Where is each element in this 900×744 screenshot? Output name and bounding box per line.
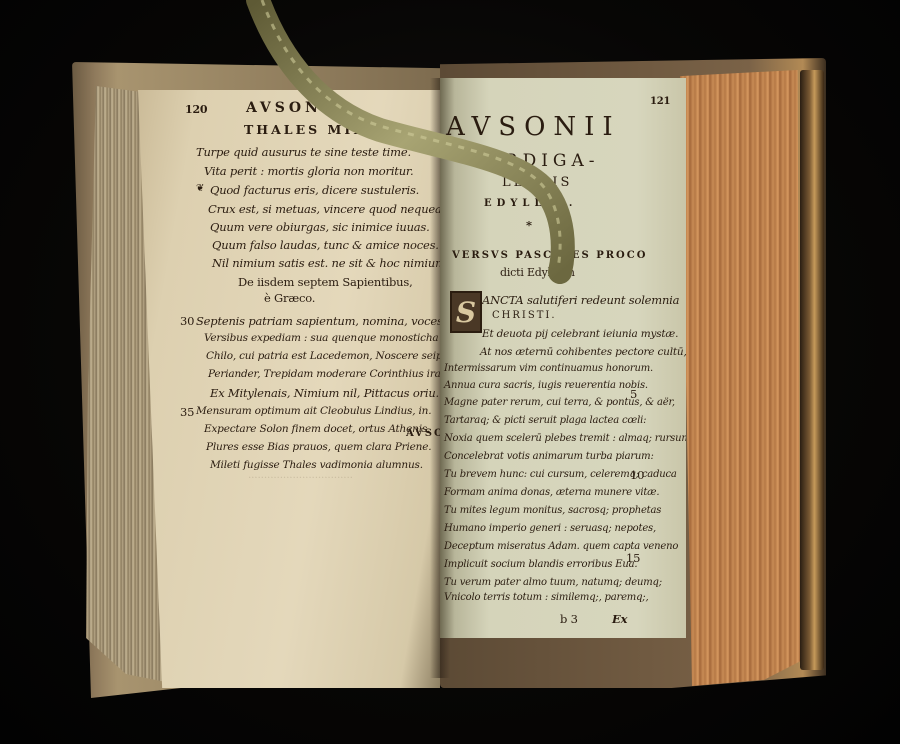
poem-subheading: dicti Edyllium xyxy=(500,266,575,279)
verse-line: Formam anima donas, æterna munere vitæ. xyxy=(444,487,659,498)
catchword-right: Ex xyxy=(612,612,627,626)
verse-number: 30 xyxy=(180,314,194,328)
section-title-left: THALES MILE xyxy=(244,122,378,137)
signature-mark: b 3 xyxy=(560,612,578,626)
verse-number: 35 xyxy=(180,405,194,419)
verse-line: Crux est, si metuas, vincere quod nequea… xyxy=(208,202,451,216)
verse-line: Mensuram optimum ait Cleobulus Lindius, … xyxy=(196,405,431,417)
right-page-block-edge xyxy=(680,70,800,686)
first-line-caps: CHRISTI. xyxy=(492,310,557,321)
ornament-asterisk: * xyxy=(526,218,532,232)
verse-line: Noxia quem scelerū plebes tremit : almaq… xyxy=(444,433,691,444)
verse-line: Intermissarum vim continuamus honorum. xyxy=(444,363,653,374)
verse-line: Vita perit : mortis gloria non moritur. xyxy=(204,164,413,178)
verse-line: Nil nimium satis est. ne sit & hoc nimiu… xyxy=(212,256,449,270)
verse-line: Periander, Trepidam moderare Corinthius … xyxy=(208,368,454,380)
verse-line: Tu verum pater almo tuum, natumq; deumq; xyxy=(444,577,662,588)
title-line-1: AVSONII xyxy=(446,112,621,142)
verse-line: Septenis patriam sapientum, nomina, voce… xyxy=(196,314,446,328)
verse-line: Expectare Solon finem docet, ortus Athen… xyxy=(204,423,430,435)
first-line: ANCTA salutiferi redeunt solemnia xyxy=(482,293,679,307)
verse-line: Vnicolo terris totum : similemq;, paremq… xyxy=(444,592,648,603)
verse-line: At nos æternū cohibentes pectore cultū, xyxy=(480,346,687,358)
title-line-3: LENSIS xyxy=(502,175,572,190)
decorated-drop-cap: S xyxy=(450,291,482,333)
verse-line: Annua cura sacris, iugis reuerentia nobi… xyxy=(444,380,648,391)
line-number: 5 xyxy=(630,387,637,401)
verse-line: Ex Mitylenais, Nimium nil, Pittacus oriu… xyxy=(210,386,439,400)
verse-line: Tu mites legum monitus, sacrosq; prophet… xyxy=(444,505,661,516)
page-number-right: 121 xyxy=(650,96,670,107)
verse-line: Concelebrat votis animarum turba piarum: xyxy=(444,451,654,462)
verse-line: Plures esse Bias prauos, quem clara Prie… xyxy=(206,441,431,453)
verse-line: Deceptum miseratus Adam. quem capta vene… xyxy=(444,541,678,552)
verse-line: Implicuit socium blandis erroribus Eua. xyxy=(444,559,637,570)
verse-line: Chilo, cui patria est Lacedemon, Noscere… xyxy=(206,350,467,362)
verse-line: Turpe quid ausurus te sine teste time. xyxy=(196,145,411,159)
verse-line: Tartaraq; & picti seruit plaga lactea cœ… xyxy=(444,415,646,426)
page-number-left: 120 xyxy=(185,103,207,116)
verse-line: Quum vere obiurgas, sic inimice iuuas. xyxy=(210,220,430,234)
show-through-text: ................................. xyxy=(248,470,353,481)
leaf-ornament-icon: ❦ xyxy=(196,183,204,194)
poem-heading: VERSVS PASCALES PROCO xyxy=(452,250,647,261)
subheading: è Græco. xyxy=(264,291,315,305)
title-line-4: EDYLLIA. xyxy=(484,198,577,209)
verse-line: Et deuota pij celebrant ieiunia mystæ. xyxy=(482,328,678,340)
running-head-left: AVSONII xyxy=(246,100,343,116)
right-binding-board xyxy=(800,70,824,670)
subheading: De iisdem septem Sapientibus, xyxy=(238,275,413,289)
verse-line: Quod facturus eris, dicere sustuleris. xyxy=(210,183,419,197)
verse-line: Humano imperio generi : seruasq; nepotes… xyxy=(444,523,656,534)
line-number: 15 xyxy=(626,551,640,565)
left-page: 120 AVSONII THALES MILE Turpe quid ausur… xyxy=(138,90,440,688)
line-number: 10 xyxy=(630,468,644,482)
verse-line: Magne pater rerum, cui terra, & pontus, … xyxy=(444,397,675,408)
title-line-2: BVRDIGA- xyxy=(470,151,600,171)
verse-line: Quum falso laudas, tunc & amice noces. xyxy=(212,238,439,252)
right-page: 121 AVSONII BVRDIGA- LENSIS EDYLLIA. * V… xyxy=(440,78,686,638)
